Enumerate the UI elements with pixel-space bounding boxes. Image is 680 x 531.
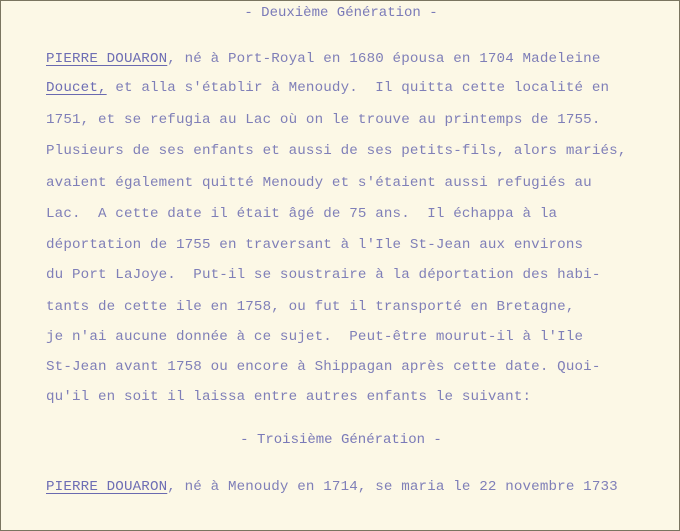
person-name: PIERRE DOUARON xyxy=(46,479,167,495)
text-line: déportation de 1755 en traversant à l'Il… xyxy=(46,237,583,253)
heading-deuxieme-generation: - Deuxième Génération - xyxy=(1,5,680,21)
text-line: qu'il en soit il laissa entre autres enf… xyxy=(46,389,531,405)
text-line: 1751, et se refugia au Lac où on le trou… xyxy=(46,112,601,128)
text-line: PIERRE DOUARON, né à Port-Royal en 1680 … xyxy=(46,51,601,67)
spouse-name: Doucet, xyxy=(46,80,107,96)
text-line: Doucet, et alla s'établir à Menoudy. Il … xyxy=(46,80,609,96)
text-line: du Port LaJoye. Put-il se soustraire à l… xyxy=(46,267,601,283)
text-line: St-Jean avant 1758 ou encore à Shippagan… xyxy=(46,359,601,375)
text-line: Plusieurs de ses enfants et aussi de ses… xyxy=(46,143,626,159)
text-line: je n'ai aucune donnée à ce sujet. Peut-ê… xyxy=(46,329,583,345)
text-line: PIERRE DOUARON, né à Menoudy en 1714, se… xyxy=(46,479,618,495)
heading-troisieme-generation: - Troisième Génération - xyxy=(1,432,680,448)
text-line: Lac. A cette date il était âgé de 75 ans… xyxy=(46,206,557,222)
person-name: PIERRE DOUARON xyxy=(46,51,167,67)
typewritten-page: - Deuxième Génération - PIERRE DOUARON, … xyxy=(0,0,680,531)
text-line: tants de cette ile en 1758, ou fut il tr… xyxy=(46,299,575,315)
text-line: avaient également quitté Menoudy et s'ét… xyxy=(46,175,592,191)
